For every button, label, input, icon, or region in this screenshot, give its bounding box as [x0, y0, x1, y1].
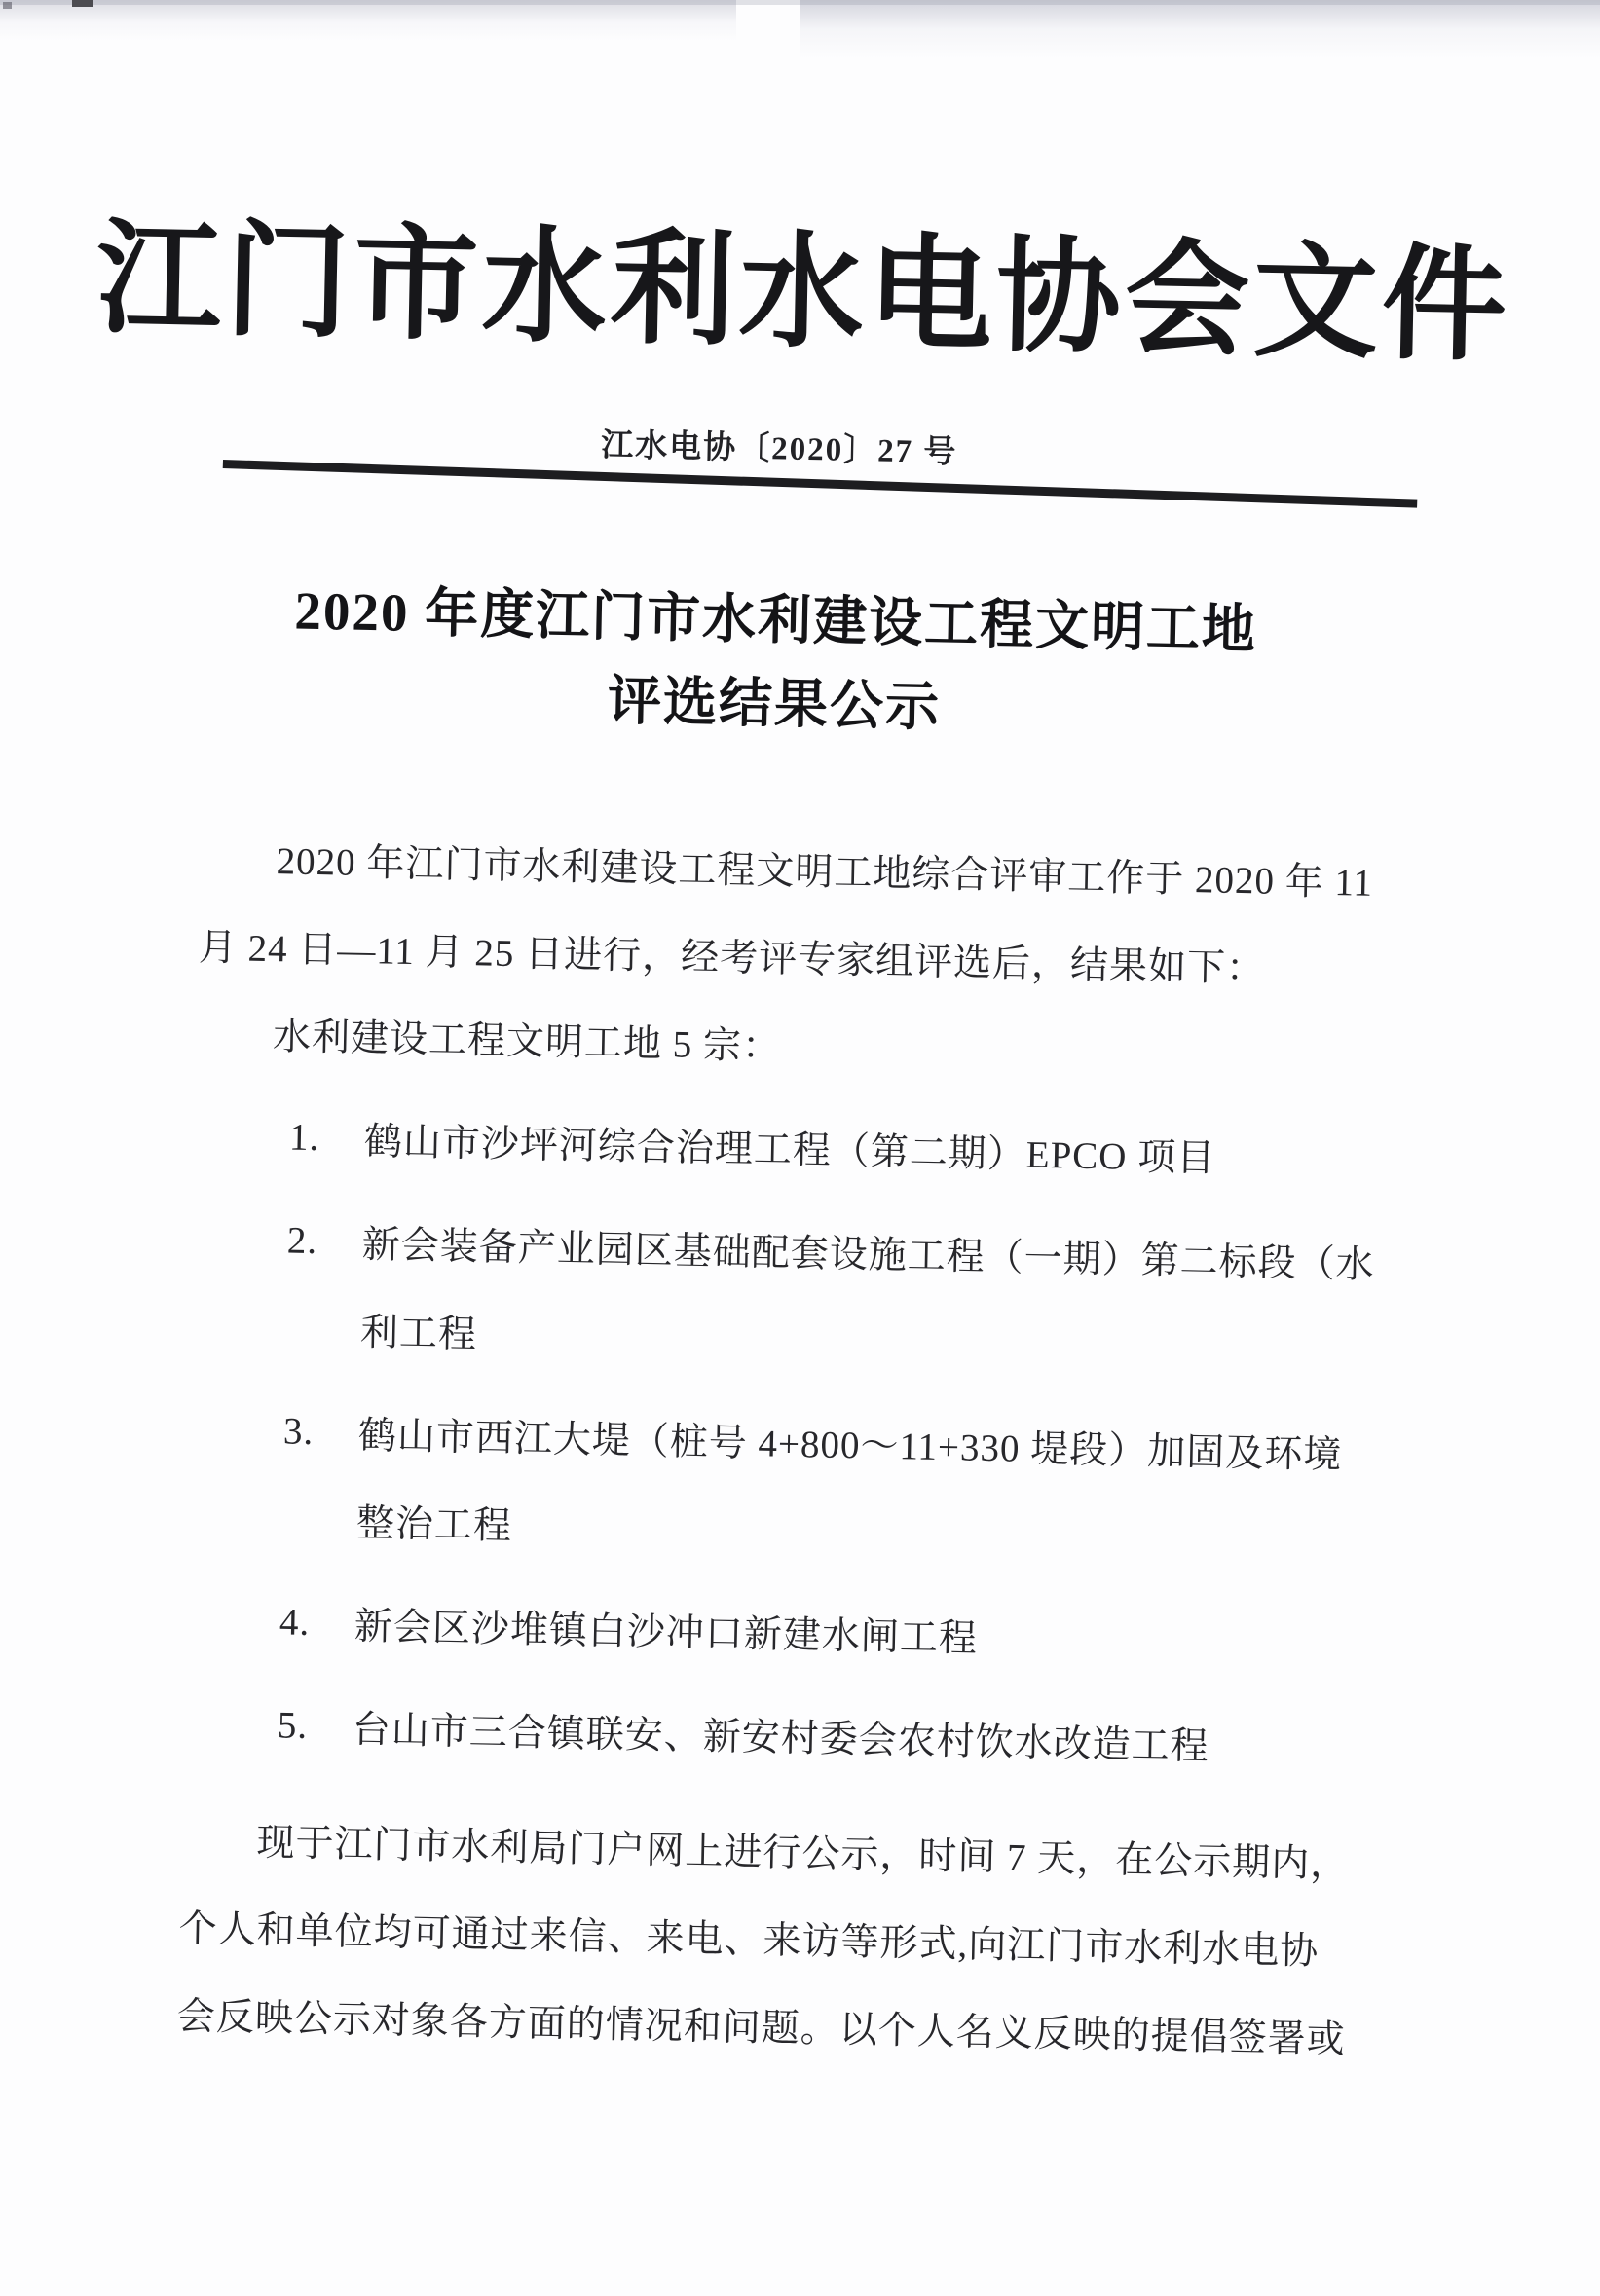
project-3-name-line1: 鹤山市西江大堤（桩号 4+800～11+330 堤段）加固及环境: [357, 1405, 1342, 1479]
project-1-number: 1.: [289, 1115, 365, 1161]
project-2-name-line1: 新会装备产业园区基础配套设施工程（一期）第二标段（水: [361, 1214, 1375, 1289]
project-2-number: 2.: [286, 1218, 362, 1264]
project-5-name: 台山市三合镇联安、新安村委会农村饮水改造工程: [352, 1699, 1209, 1771]
project-3-number: 3.: [283, 1409, 359, 1455]
project-5-number: 5.: [277, 1703, 353, 1749]
doc-number: 江水电协〔2020〕27 号: [0, 412, 1559, 486]
document-page: 江门市水利水电协会文件 江水电协〔2020〕27 号 2020 年度江门市水利建…: [0, 0, 1600, 2296]
project-1-name: 鹤山市沙坪河综合治理工程（第二期）EPCO 项目: [363, 1111, 1215, 1183]
document-body: 2020 年江门市水利建设工程文明工地综合评审工作于 2020 年 11 月 2…: [176, 813, 1592, 2085]
project-item-4: 4. 新会区沙堆镇白沙冲口新建水闸工程: [184, 1575, 1578, 1691]
project-4-number: 4.: [279, 1600, 355, 1646]
project-4-name: 新会区沙堆镇白沙冲口新建水闸工程: [353, 1596, 978, 1663]
doc-number-row: 江水电协〔2020〕27 号: [0, 412, 1559, 486]
doc-title-block: 2020 年度江门市水利建设工程文明工地 评选结果公示: [0, 563, 1555, 761]
project-item-5: 5. 台山市三合镇联安、新安村委会农村饮水改造工程: [182, 1679, 1576, 1795]
document-content: 江门市水利水电协会文件 江水电协〔2020〕27 号 2020 年度江门市水利建…: [0, 0, 1600, 2085]
project-item-1: 1. 鹤山市沙坪河综合治理工程（第二期）EPCO 项目: [194, 1092, 1587, 1207]
doc-title: 2020 年度江门市水利建设工程文明工地 评选结果公示: [0, 563, 1555, 761]
org-title: 江门市水利水电协会文件: [2, 211, 1600, 374]
